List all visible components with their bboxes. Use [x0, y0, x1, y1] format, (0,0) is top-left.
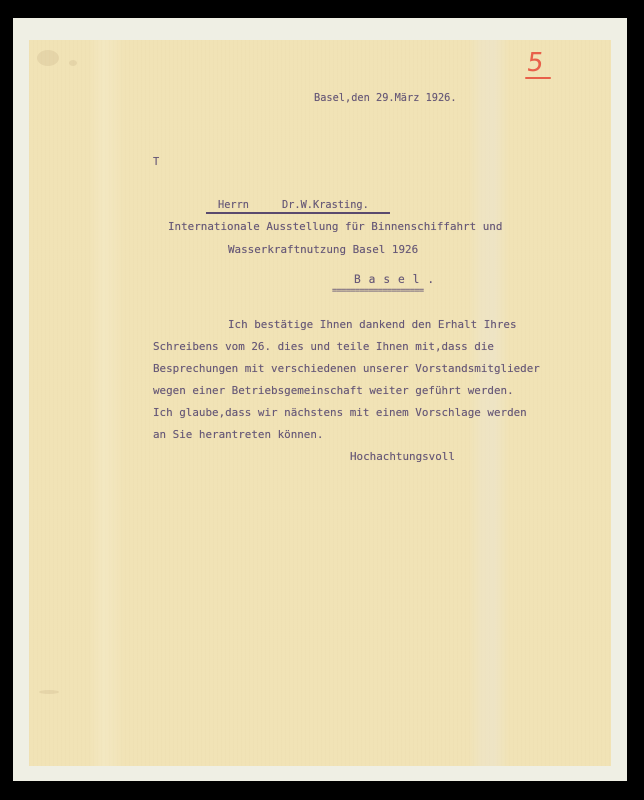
- body-line: wegen einer Betriebsgemeinschaft weiter …: [153, 384, 514, 398]
- recipient-organization-line1: Internationale Ausstellung für Binnensch…: [168, 220, 502, 234]
- closing: Hochachtungsvoll: [350, 450, 455, 464]
- body-line: Ich glaube,dass wir nächstens mit einem …: [153, 406, 527, 420]
- body-line: Ich bestätige Ihnen dankend den Erhalt I…: [228, 318, 517, 332]
- paper-stain: [39, 690, 59, 694]
- body-line: Schreibens vom 26. dies und teile Ihnen …: [153, 340, 494, 354]
- recipient-organization-line2: Wasserkraftnutzung Basel 1926: [228, 243, 418, 257]
- letter-page: [29, 40, 611, 766]
- recipient-name: Dr.W.Krasting.: [282, 198, 369, 212]
- recipient-city-rule: ====================: [332, 284, 423, 298]
- folio-underline: [525, 77, 551, 79]
- recipient-salutation: Herrn: [218, 198, 249, 212]
- place-date: Basel,den 29.März 1926.: [314, 91, 457, 105]
- reference-mark: T: [153, 155, 159, 169]
- paper-stain: [37, 50, 59, 66]
- body-line: Besprechungen mit verschiedenen unserer …: [153, 362, 540, 376]
- body-line: an Sie herantreten können.: [153, 428, 323, 442]
- paper-stain: [69, 60, 77, 66]
- recipient-underline: [206, 212, 390, 214]
